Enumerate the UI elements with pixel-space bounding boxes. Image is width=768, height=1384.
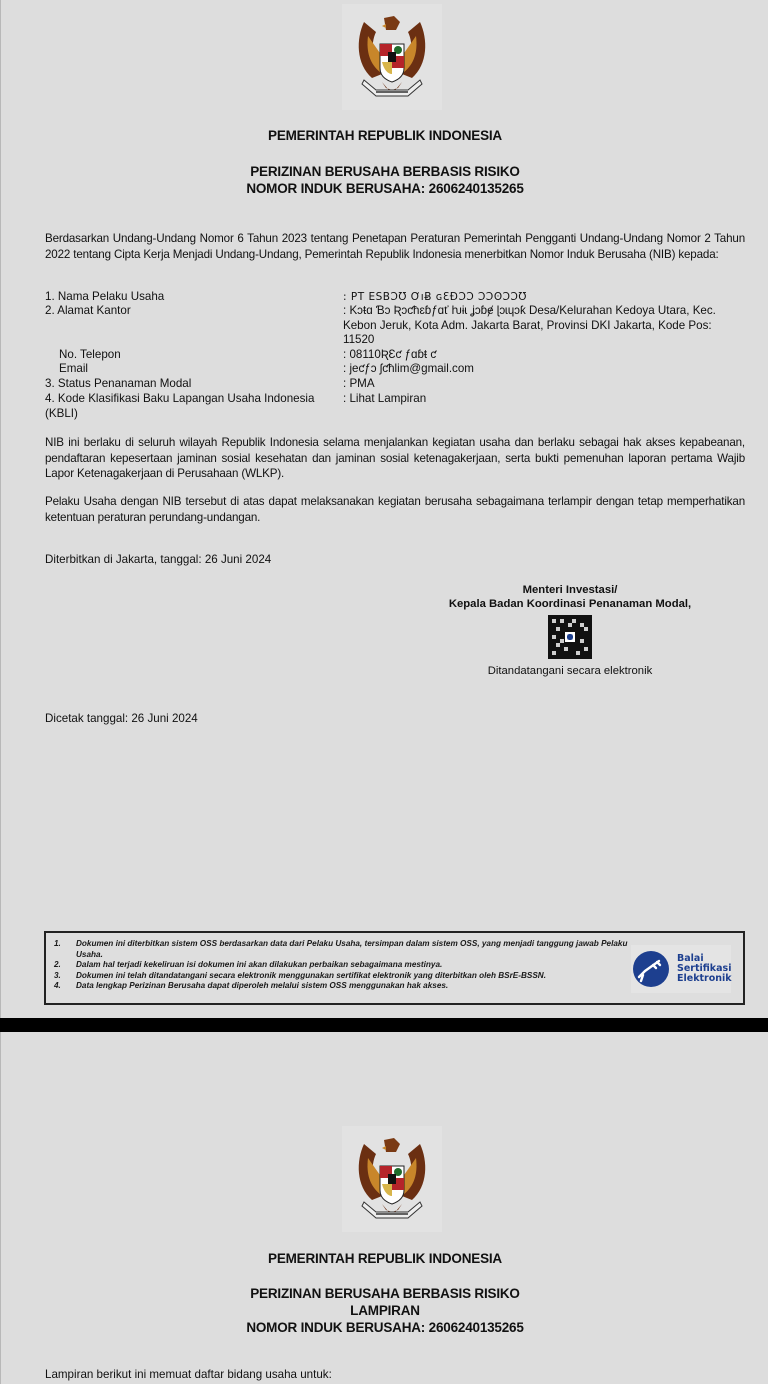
bsre-key-icon — [633, 951, 669, 987]
field-value: : jeƈƒɔ ʃƈħlim@gmail.com — [343, 362, 743, 377]
signer-office: Kepala Badan Koordinasi Penanaman Modal, — [431, 597, 709, 611]
field-label: Email — [59, 362, 359, 377]
nib-validity-paragraph: NIB ini berlaku di seluruh wilayah Repub… — [45, 435, 745, 482]
field-label: No. Telepon — [59, 348, 359, 363]
nib-document-page-2: PEMERINTAH REPUBLIK INDONESIA PERIZINAN … — [0, 1032, 768, 1384]
field-value: : 08110ƦƐƈ ƒɑɓŧ ƈ — [343, 348, 743, 363]
document-title: PERIZINAN BERUSAHA BERBASIS RISIKO — [1, 1286, 768, 1301]
field-value: : PMA — [343, 377, 743, 392]
intro-paragraph: Berdasarkan Undang-Undang Nomor 6 Tahun … — [45, 231, 745, 262]
disclaimer-item: 3.Dokumen ini telah ditandatangani secar… — [54, 971, 634, 982]
field-label: 3. Status Penanaman Modal — [45, 377, 345, 392]
garuda-emblem-icon — [342, 1126, 442, 1232]
disclaimer-box: 1.Dokumen ini diterbitkan sistem OSS ber… — [44, 931, 745, 1005]
nib-number: NOMOR INDUK BERUSAHA: 2606240135265 — [1, 1320, 768, 1335]
field-value: : Kɔŧɑ Ɓɔ Ʀɔƈħɛɓƒɑť ƕɨɩ ʝɔɓɇ ɭɔɩɥɔƙ Desa… — [343, 304, 739, 348]
field-value: : Lihat Lampiran — [343, 392, 743, 407]
disclaimer-list: 1.Dokumen ini diterbitkan sistem OSS ber… — [46, 933, 634, 992]
electronic-signature-note: Ditandatangani secara elektronik — [431, 665, 709, 677]
bsre-logo: Balai Sertifikasi Elektronik — [631, 945, 731, 993]
nib-document-page-1: PEMERINTAH REPUBLIK INDONESIA PERIZINAN … — [0, 0, 768, 1018]
attachment-intro: Lampiran berikut ini memuat daftar bidan… — [45, 1368, 332, 1381]
issued-date: Diterbitkan di Jakarta, tanggal: 26 Juni… — [45, 553, 271, 568]
qr-code-icon — [548, 615, 592, 659]
field-label: 2. Alamat Kantor — [45, 304, 345, 319]
document-title: PERIZINAN BERUSAHA BERBASIS RISIKO — [1, 164, 768, 179]
bsre-text: Elektronik — [677, 974, 732, 984]
disclaimer-item: 4.Data lengkap Perizinan Berusaha dapat … — [54, 981, 634, 992]
signer-title: Menteri Investasi/ — [431, 583, 709, 597]
attachment-title: LAMPIRAN — [1, 1303, 768, 1318]
business-permit-paragraph: Pelaku Usaha dengan NIB tersebut di atas… — [45, 494, 745, 525]
field-label: 4. Kode Klasifikasi Baku Lapangan Usaha … — [45, 392, 335, 421]
field-label: 1. Nama Pelaku Usaha — [45, 290, 345, 305]
nib-number: NOMOR INDUK BERUSAHA: 2606240135265 — [1, 181, 768, 196]
page-separator — [0, 1018, 768, 1032]
printed-date: Dicetak tanggal: 26 Juni 2024 — [45, 712, 198, 727]
field-value: : PT ESBƆƱ ƠıɃ ɢƐƉƆƆ ƆƆʘƆƆƱ — [343, 290, 743, 305]
government-title: PEMERINTAH REPUBLIK INDONESIA — [1, 128, 768, 143]
disclaimer-item: 1.Dokumen ini diterbitkan sistem OSS ber… — [54, 939, 634, 960]
signature-block: Menteri Investasi/ Kepala Badan Koordina… — [431, 583, 709, 677]
garuda-emblem-icon — [342, 4, 442, 110]
government-title: PEMERINTAH REPUBLIK INDONESIA — [1, 1251, 768, 1266]
disclaimer-item: 2.Dalam hal terjadi kekeliruan isi dokum… — [54, 960, 634, 971]
